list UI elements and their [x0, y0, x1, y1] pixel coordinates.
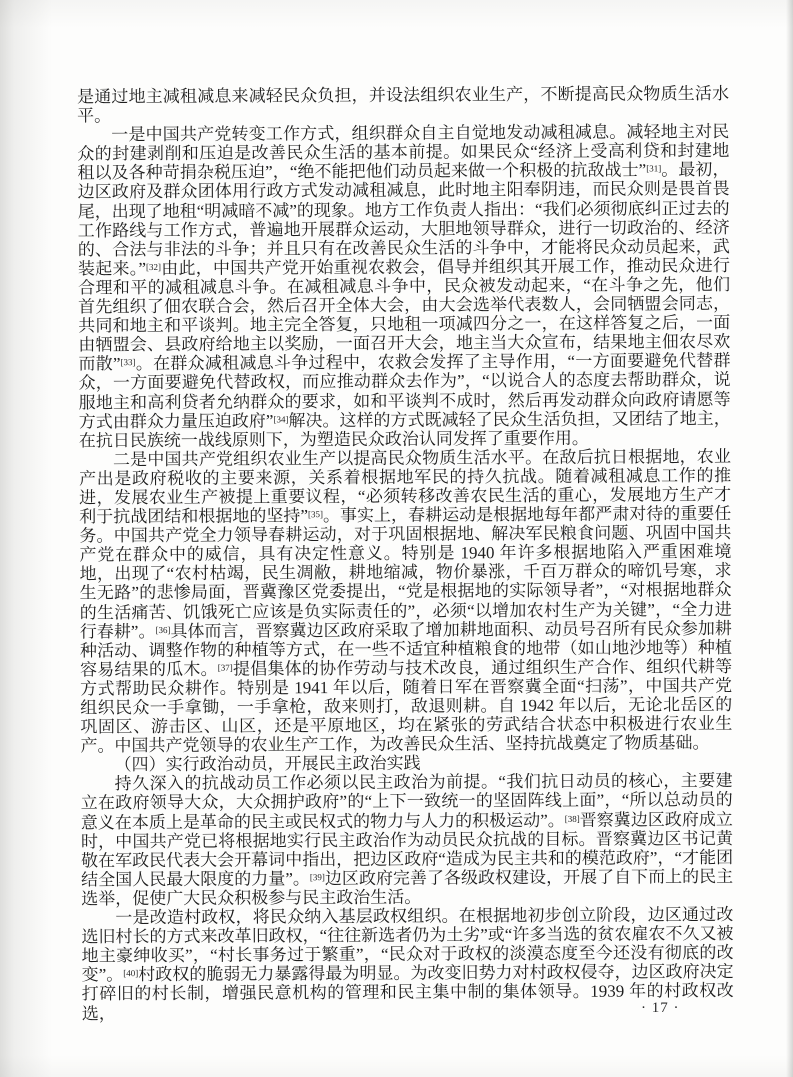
footnote-ref: [38]	[565, 813, 580, 823]
paragraph: 是通过地主减租减息来减轻民众负担，并设法组织农业生产，不断提高民众物质生活水平。	[77, 84, 729, 126]
paragraph: 一是中国共产党转变工作方式，组织群众自主自觉地发动减租减息。减轻地主对民众的封建…	[77, 122, 731, 450]
page-number: · 17 ·	[641, 1000, 680, 1017]
footnote-ref: [39]	[310, 872, 325, 882]
footnote-ref: [32]	[146, 262, 161, 272]
footnote-ref: [33]	[121, 357, 136, 367]
footnote-ref: [34]	[273, 414, 288, 424]
paragraph: 一是改造村政权，将民众纳入基层政权组织。在根据地初步创立阶段，边区通过改选旧村长…	[81, 905, 734, 1023]
footnote-ref: [40]	[123, 968, 138, 978]
paragraph: 持久深入的抗战动员工作必须以民主政治为前提。“我们抗日动员的核心，主要建立在政府…	[81, 771, 734, 908]
footnote-ref: [35]	[308, 509, 323, 519]
footnote-ref: [37]	[218, 662, 233, 672]
document-page: 是通过地主减租减息来减轻民众负担，并设法组织农业生产，不断提高民众物质生活水平。…	[0, 0, 793, 1077]
paragraph: 二是中国共产党组织农业生产以提高民众物质生活水平。在敌后抗日根据地，农业产出是政…	[79, 447, 733, 756]
footnote-ref: [36]	[155, 625, 170, 635]
footnote-ref: [31]	[646, 164, 661, 174]
page-body: 是通过地主减租减息来减轻民众负担，并设法组织农业生产，不断提高民众物质生活水平。…	[77, 84, 734, 1023]
